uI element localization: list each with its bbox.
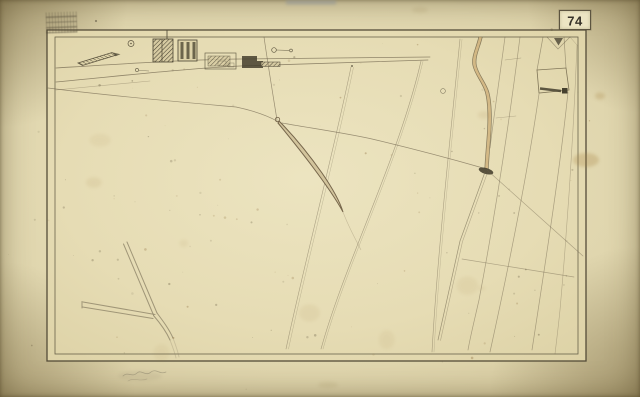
sheet-number-box: 74 xyxy=(559,10,591,30)
library-stamp xyxy=(46,11,78,33)
scanned-map-sheet: 74 xyxy=(0,0,640,397)
sheet-number: 74 xyxy=(567,14,582,27)
map-linework xyxy=(0,0,640,397)
